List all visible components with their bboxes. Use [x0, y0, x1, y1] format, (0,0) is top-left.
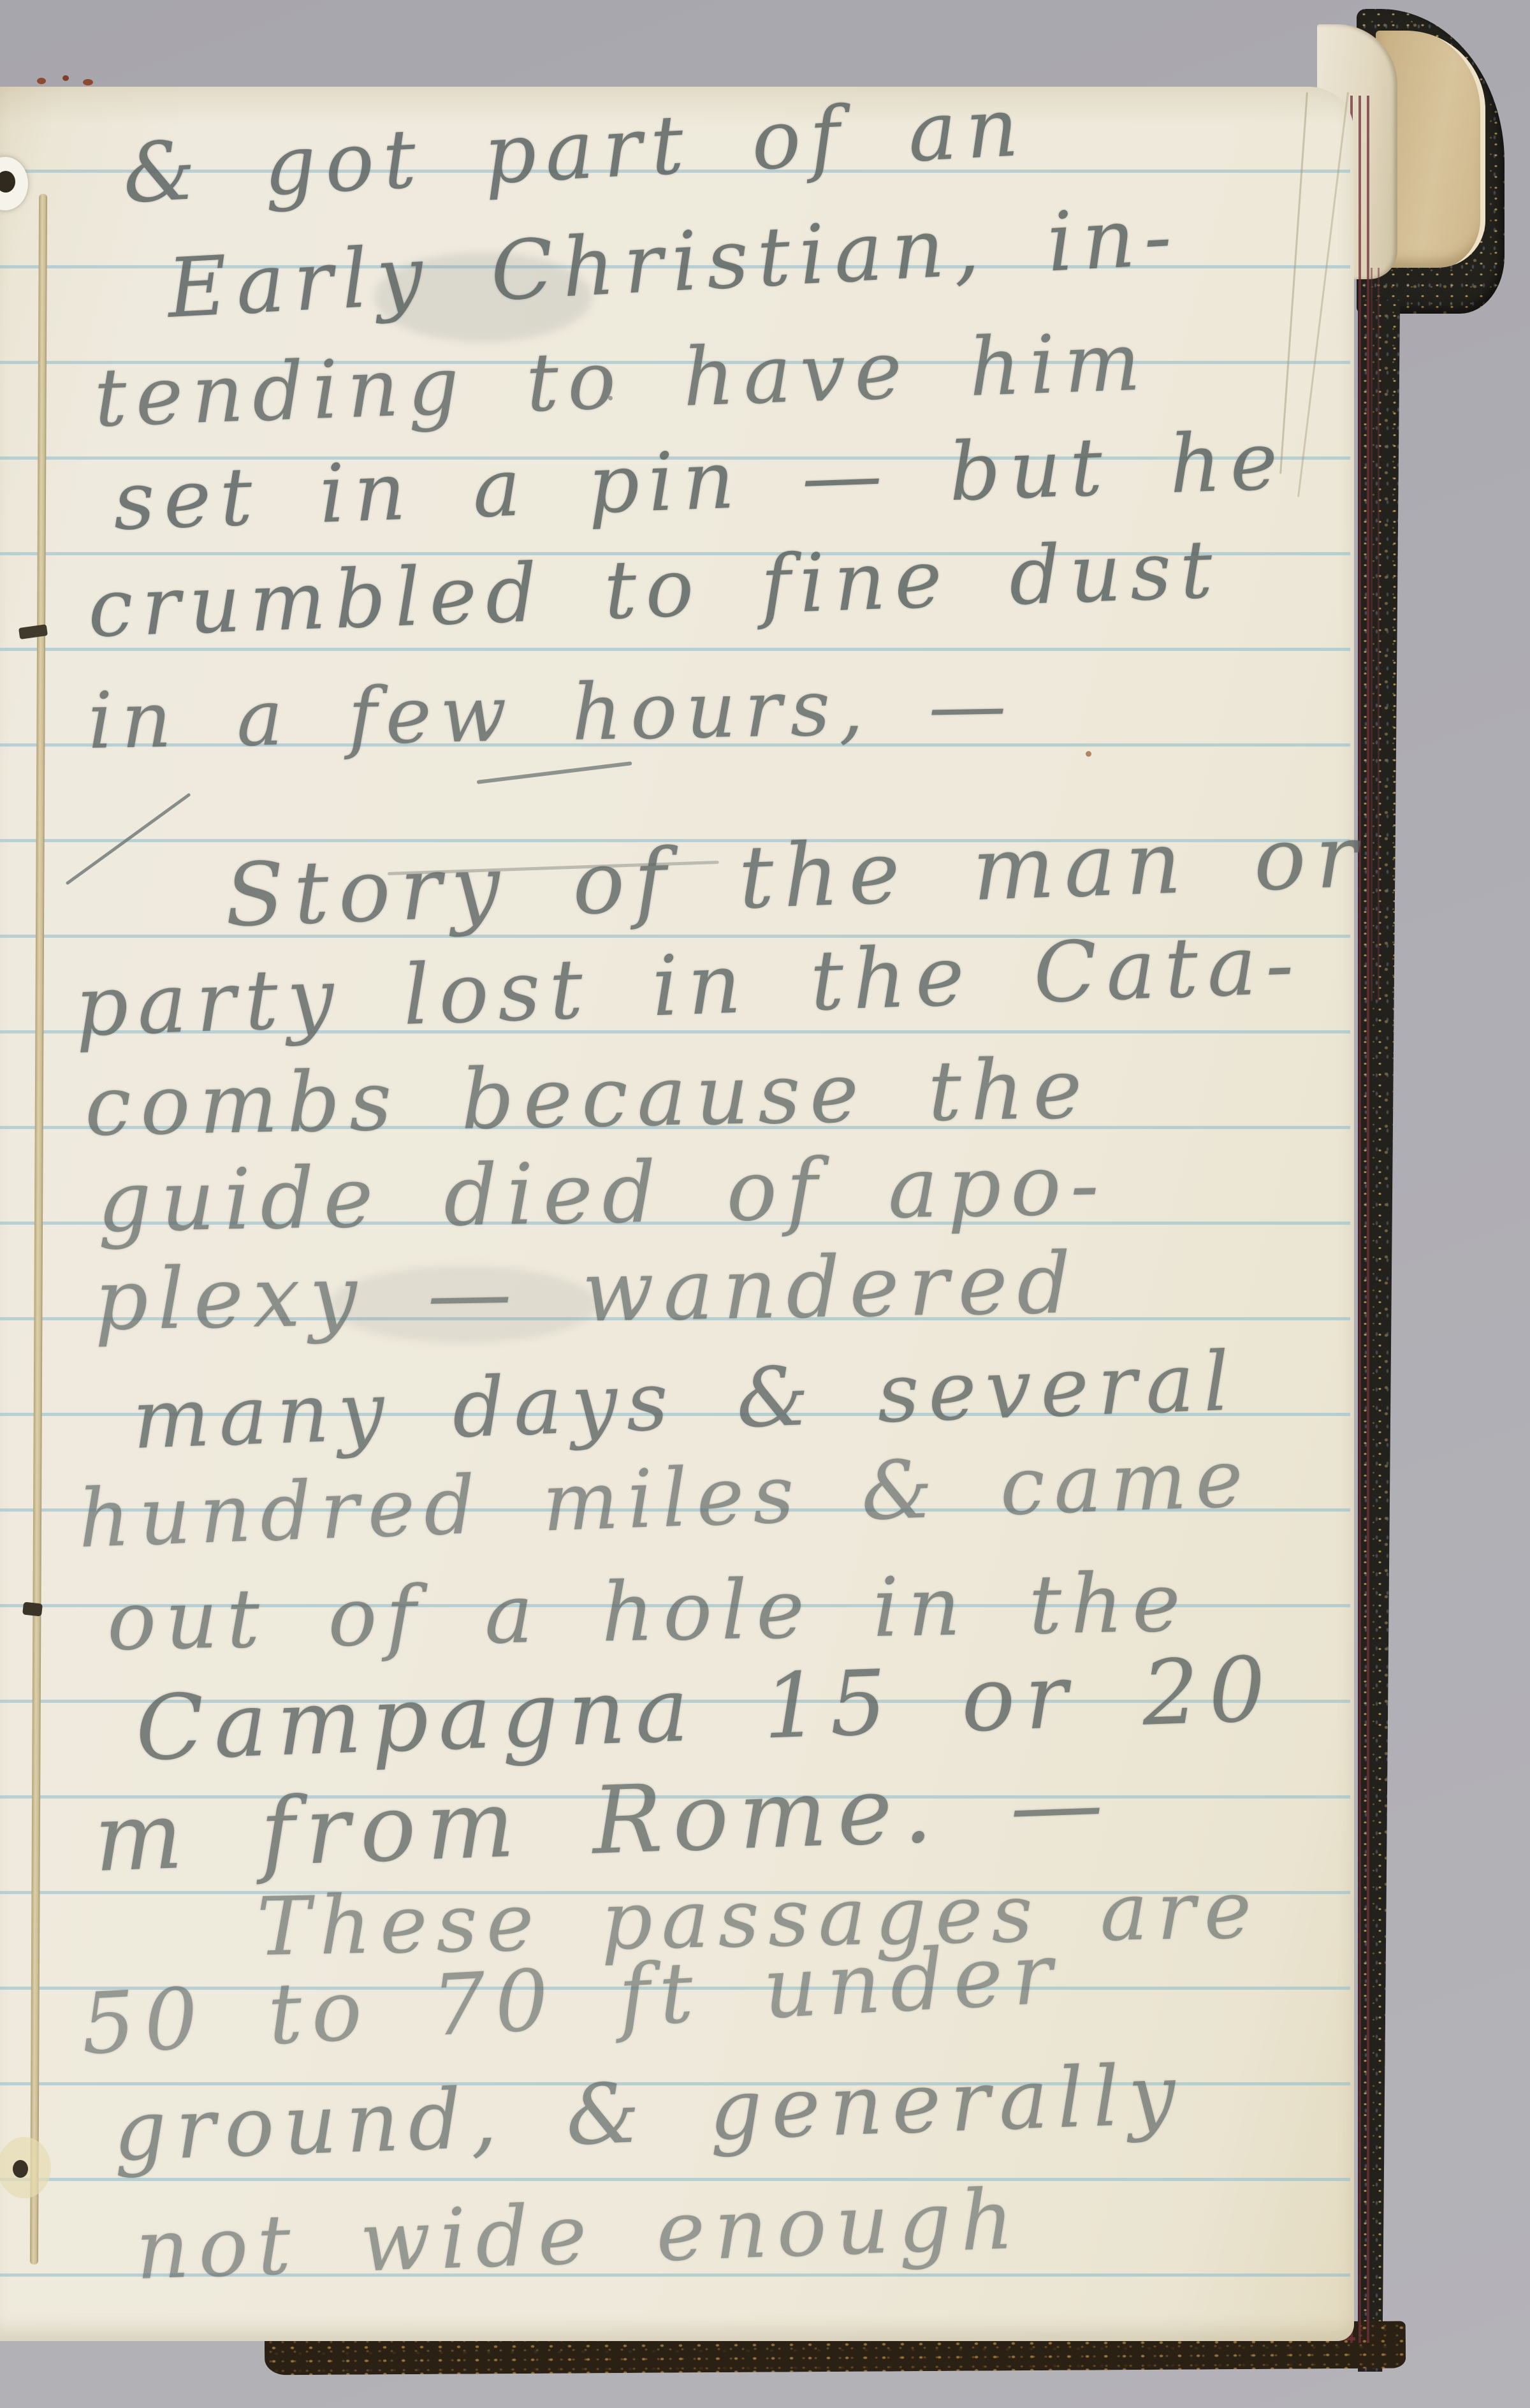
notebook-page: & got part of an Early Christian, in- te… — [0, 87, 1354, 2341]
sewing-hole-bottom — [13, 2160, 28, 2178]
rust-speck — [62, 75, 69, 81]
handwritten-line: guide died of apo- — [97, 1139, 1109, 1249]
photo: { "photo": { "background_color": "#aeadb… — [0, 0, 1530, 2408]
rust-speck — [37, 78, 46, 84]
paper-fleck — [1086, 751, 1091, 757]
handwritten-line: combs because the — [84, 1043, 1092, 1152]
handwritten-line: plexy — wandered — [94, 1237, 1081, 1347]
page-edge-red-rules-right-upper — [1371, 268, 1385, 1001]
handwritten-line: in a few hours, — — [87, 662, 1016, 764]
rust-speck — [83, 79, 93, 85]
thread-stitch-lower — [22, 1602, 43, 1616]
